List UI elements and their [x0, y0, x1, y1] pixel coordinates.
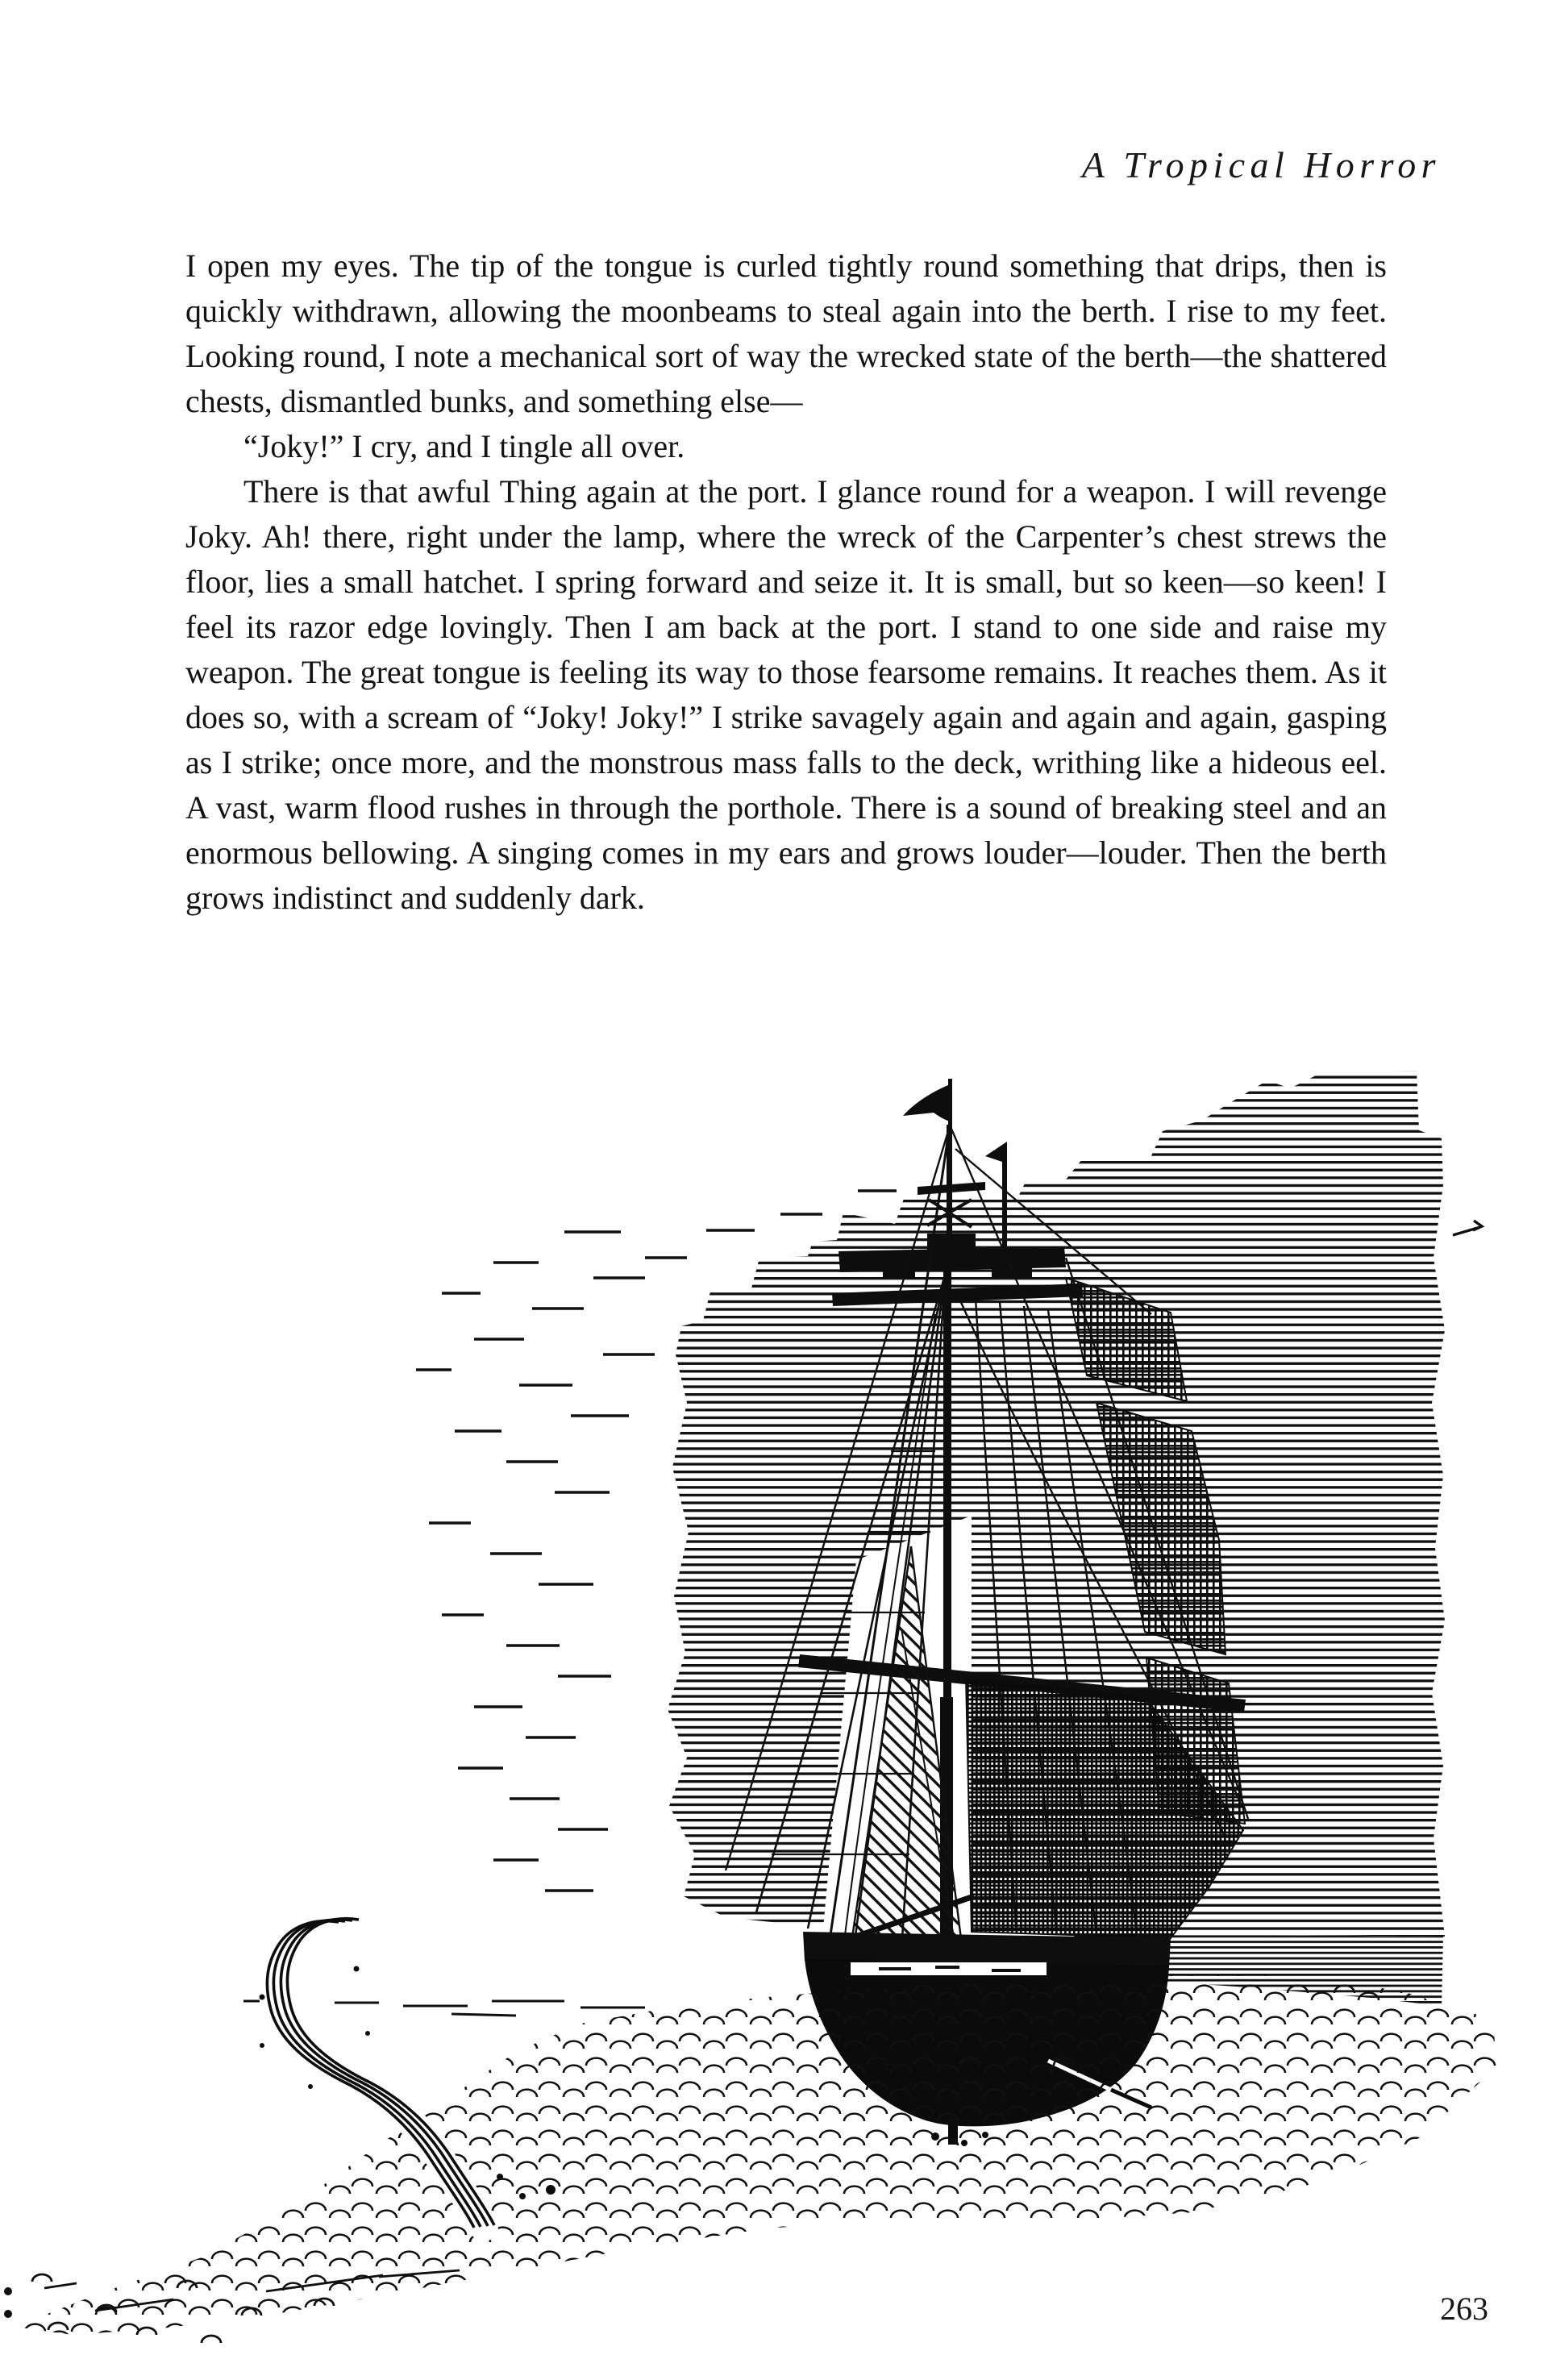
crosstrees	[838, 1246, 1066, 1272]
sky-hatching	[416, 1071, 1482, 1937]
story-text: I open my eyes. The tip of the tongue is…	[185, 243, 1387, 921]
sky-fringe-dashes	[416, 1191, 897, 1891]
wave-fringe	[32, 2270, 460, 2343]
steering-spar	[1111, 2090, 1151, 2107]
steering-spar-highlight	[1048, 2061, 1111, 2090]
jib-sail	[813, 1546, 974, 1964]
pennant-flag	[903, 1084, 952, 1122]
deck-stripe	[851, 1962, 1047, 1975]
topgallant-yard	[918, 1182, 985, 1195]
paragraph-3: There is that awful Thing again at the p…	[185, 469, 1387, 921]
horizon-dashes	[243, 2001, 645, 2016]
paragraph-2: “Joky!” I cry, and I tingle all over.	[185, 424, 1387, 469]
lower-yard	[798, 1654, 1246, 1712]
sail-backdrop	[819, 1516, 972, 1975]
keel-drip	[948, 2120, 958, 2145]
small-flag	[985, 1142, 1007, 1163]
stray-mark	[1453, 1221, 1482, 1235]
upper-yard	[832, 1284, 1083, 1306]
dark-sails	[966, 1278, 1245, 1938]
hull	[803, 1932, 1171, 2146]
sea-waves	[4, 1974, 1496, 2343]
page-number: 263	[1440, 2290, 1488, 2328]
paragraph-1: I open my eyes. The tip of the tongue is…	[185, 243, 1387, 424]
tentacle-dots	[260, 1966, 556, 2200]
rigging	[726, 1129, 1248, 1951]
tentacle	[260, 1919, 556, 2228]
sea-hatch-band	[1074, 1933, 1443, 2006]
ship	[726, 1079, 1248, 2146]
masts	[798, 1079, 1246, 1981]
running-head: A Tropical Horror	[1082, 144, 1441, 186]
book-page: A Tropical Horror I open my eyes. The ti…	[0, 0, 1548, 2380]
